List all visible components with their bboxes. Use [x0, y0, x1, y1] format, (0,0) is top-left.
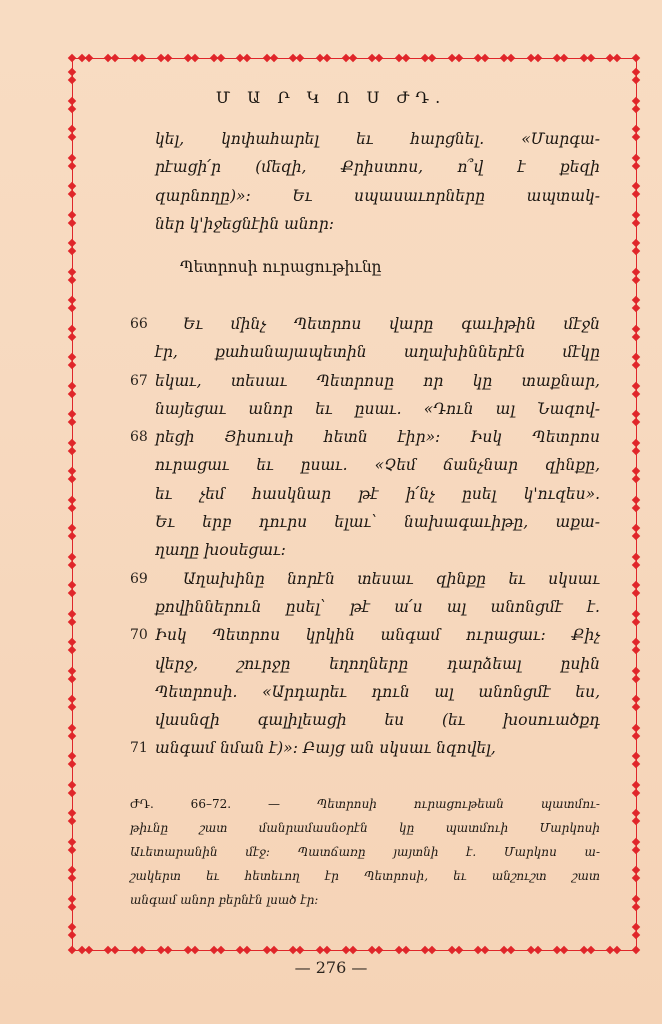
ornament-diamond-icon: [632, 503, 640, 511]
verse-line: նայեցաւ անոր եւ ըսաւ. «Դուն ալ Նազով-: [130, 395, 600, 423]
ornament-diamond-icon: [632, 532, 640, 540]
ornament-diamond-icon: [632, 218, 640, 226]
footnote-line: անգամ անոր բերնէն լսած էր:: [130, 888, 600, 912]
ornament-diamond-icon: [68, 874, 76, 882]
ornament-diamond-icon: [428, 54, 436, 62]
ornament-diamond-icon: [68, 788, 76, 796]
verse-text: քովիններուն ըսել՝ թէ ա՛ս ալ անոնցմէ է.: [155, 593, 600, 621]
ornament-diamond-icon: [68, 324, 76, 332]
ornament-diamond-icon: [68, 446, 76, 454]
ornament-diamond-icon: [68, 161, 76, 169]
ornament-diamond-icon: [632, 475, 640, 483]
ornament-diamond-icon: [632, 495, 640, 503]
ornament-diamond-icon: [68, 837, 76, 845]
ornament-diamond-icon: [632, 54, 640, 62]
verse-number: 70: [130, 621, 148, 649]
ornament-diamond-icon: [68, 617, 76, 625]
ornament-diamond-icon: [632, 381, 640, 389]
verse-text: եւ չեմ հասկնար թէ ի՛նչ ըսել կ'ուզես».: [155, 480, 600, 508]
verse-number: 67: [130, 367, 148, 395]
verse-number: 69: [130, 565, 148, 593]
page-number: — 276 —: [0, 958, 662, 977]
verse-text: Պետրոսի. «Արդարեւ դուն ալ անոնցմէ ես,: [155, 678, 600, 706]
ornament-diamond-icon: [632, 153, 640, 161]
ornament-diamond-icon: [68, 560, 76, 568]
ornament-diamond-icon: [217, 54, 225, 62]
ornament-diamond-icon: [632, 788, 640, 796]
ornament-diamond-icon: [138, 54, 146, 62]
ornament-diamond-icon: [68, 674, 76, 682]
ornament-diamond-icon: [632, 418, 640, 426]
ornament-diamond-icon: [632, 902, 640, 910]
verse-text-block: 66Եւ մինչ Պետրոս վարը գաւիթին մէջնէր, քա…: [130, 310, 600, 763]
ornament-diamond-icon: [68, 389, 76, 397]
ornament-diamond-icon: [322, 946, 330, 954]
ornament-diamond-icon: [111, 946, 119, 954]
verse-line: ուրացաւ եւ ըսաւ. «Չեմ ճանչնար զինքը,: [130, 451, 600, 479]
ornament-diamond-icon: [68, 589, 76, 597]
verse-line: 70Իսկ Պետրոս կրկին անգամ ուրացաւ: Քիչ: [130, 621, 600, 649]
verse-text: Եւ երբ դուրս ելաւ՝ նախագաւիթը, աքա-: [155, 508, 600, 536]
ornament-diamond-icon: [270, 54, 278, 62]
verse-text: նայեցաւ անոր եւ ըսաւ. «Դուն ալ Նազով-: [155, 395, 600, 423]
ornament-diamond-icon: [349, 54, 357, 62]
ornament-diamond-icon: [68, 646, 76, 654]
ornament-diamond-icon: [68, 666, 76, 674]
ornament-diamond-icon: [632, 946, 640, 954]
ornament-diamond-icon: [68, 894, 76, 902]
verse-text: Աղախինը նորէն տեսաւ զինքը եւ սկսաւ: [155, 565, 600, 593]
ornament-diamond-icon: [68, 76, 76, 84]
footnote: ԺԴ. 66–72. — Պետրոսի ուրացութեան պատմու-…: [130, 792, 600, 912]
footnote-reference: ԺԴ. 66–72. —: [130, 797, 280, 811]
ornament-diamond-icon: [270, 946, 278, 954]
ornament-diamond-icon: [632, 76, 640, 84]
ornament-diamond-icon: [402, 54, 410, 62]
footnote-line: Աւետարանին մէջ: Պատճառը յայտնի է. Մարկոս…: [130, 840, 600, 864]
ornament-diamond-icon: [68, 817, 76, 825]
ornament-diamond-icon: [632, 931, 640, 939]
ornament-diamond-icon: [349, 946, 357, 954]
footnote-line: շակերտ եւ հետեւող էր Պետրոսի, եւ անշուշտ…: [130, 864, 600, 888]
ornament-diamond-icon: [586, 54, 594, 62]
ornament-diamond-icon: [68, 267, 76, 275]
ornament-diamond-icon: [217, 946, 225, 954]
ornament-diamond-icon: [68, 532, 76, 540]
ornament-diamond-icon: [190, 946, 198, 954]
ornament-diamond-icon: [632, 894, 640, 902]
ornament-diamond-icon: [322, 54, 330, 62]
ornament-diamond-icon: [68, 418, 76, 426]
ornament-diamond-icon: [68, 275, 76, 283]
ornament-diamond-icon: [632, 617, 640, 625]
verse-line: Եւ երբ դուրս ելաւ՝ նախագաւիթը, աքա-: [130, 508, 600, 536]
ornament-diamond-icon: [632, 589, 640, 597]
ornament-diamond-icon: [632, 845, 640, 853]
verse-text: եկաւ, տեսաւ Պետրոսը որ կը տաքնար,: [155, 367, 600, 395]
ornament-diamond-icon: [68, 332, 76, 340]
ornament-diamond-icon: [164, 54, 172, 62]
text-line: րէացի՛ր (մեզի, Քրիստոս, ո՞վ է քեզի: [130, 153, 600, 181]
ornament-diamond-icon: [454, 946, 462, 954]
footnote-line: թիւնը շատ մանրամասնօրէն կը պատմուի Մարկո…: [130, 816, 600, 840]
ornament-diamond-icon: [632, 674, 640, 682]
ornament-diamond-icon: [68, 780, 76, 788]
ornament-diamond-icon: [632, 666, 640, 674]
ornament-diamond-icon: [560, 54, 568, 62]
ornament-diamond-icon: [534, 946, 542, 954]
verse-line: 67եկաւ, տեսաւ Պետրոսը որ կը տաքնար,: [130, 367, 600, 395]
ornament-diamond-icon: [632, 324, 640, 332]
verse-text: անգամ նման է)»: Բայց ան սկսաւ նզովել,: [155, 734, 600, 762]
ornament-diamond-icon: [632, 817, 640, 825]
ornament-diamond-icon: [632, 438, 640, 446]
ornament-diamond-icon: [68, 361, 76, 369]
ornament-diamond-icon: [454, 54, 462, 62]
ornament-diamond-icon: [190, 54, 198, 62]
ornament-diamond-icon: [632, 837, 640, 845]
ornament-diamond-icon: [613, 54, 621, 62]
ornament-diamond-icon: [632, 874, 640, 882]
text-line: զարնողը)»: Եւ սպասաւորները ապտակ-: [130, 182, 600, 210]
continuation-paragraph: կել, կոփահարել եւ հարցնել. «Մարգա- րէացի…: [130, 125, 600, 238]
ornament-diamond-icon: [481, 54, 489, 62]
ornament-diamond-icon: [534, 54, 542, 62]
ornament-diamond-icon: [68, 475, 76, 483]
verse-text: ուրացաւ եւ ըսաւ. «Չեմ ճանչնար զինքը,: [155, 451, 600, 479]
ornament-diamond-icon: [507, 54, 515, 62]
ornament-diamond-icon: [613, 946, 621, 954]
ornament-diamond-icon: [243, 54, 251, 62]
ornament-diamond-icon: [68, 304, 76, 312]
verse-line: քովիններուն ըսել՝ թէ ա՛ս ալ անոնցմէ է.: [130, 593, 600, 621]
ornament-diamond-icon: [68, 946, 76, 954]
ornament-diamond-icon: [632, 210, 640, 218]
verse-line: եւ չեմ հասկնար թէ ի՛նչ ըսել կ'ուզես».: [130, 480, 600, 508]
ornament-diamond-icon: [68, 760, 76, 768]
ornament-diamond-icon: [68, 902, 76, 910]
ornament-diamond-icon: [632, 267, 640, 275]
text-line: ներ կ'իջեցնէին անոր:: [130, 210, 600, 238]
ornament-diamond-icon: [632, 190, 640, 198]
ornament-diamond-icon: [481, 946, 489, 954]
ornament-diamond-icon: [632, 332, 640, 340]
footnote-line: ԺԴ. 66–72. — Պետրոսի ուրացութեան պատմու-: [130, 792, 600, 816]
ornament-diamond-icon: [68, 703, 76, 711]
verse-line: 66Եւ մինչ Պետրոս վարը գաւիթին մէջն: [130, 310, 600, 338]
ornament-diamond-icon: [632, 389, 640, 397]
ornament-diamond-icon: [85, 54, 93, 62]
verse-number: 71: [130, 734, 148, 762]
verse-text: վերջ, շուրջը եղողները դարձեալ ըսին: [155, 650, 600, 678]
ornament-diamond-icon: [68, 495, 76, 503]
ornament-diamond-icon: [68, 190, 76, 198]
ornament-diamond-icon: [68, 723, 76, 731]
ornament-diamond-icon: [632, 731, 640, 739]
ornament-diamond-icon: [632, 304, 640, 312]
verse-line: 68րեցի Յիսուսի հետն էիր»: Իսկ Պետրոս: [130, 423, 600, 451]
ornament-diamond-icon: [138, 946, 146, 954]
verse-line: 71անգամ նման է)»: Բայց ան սկսաւ նզովել,: [130, 734, 600, 762]
ornament-diamond-icon: [68, 153, 76, 161]
ornament-diamond-icon: [632, 760, 640, 768]
ornament-diamond-icon: [68, 845, 76, 853]
ornament-diamond-icon: [632, 361, 640, 369]
ornament-diamond-icon: [164, 946, 172, 954]
ornament-diamond-icon: [632, 247, 640, 255]
verse-number: 68: [130, 423, 148, 451]
ornament-diamond-icon: [632, 646, 640, 654]
ornament-diamond-icon: [296, 946, 304, 954]
verse-line: 69Աղախինը նորէն տեսաւ զինքը եւ սկսաւ: [130, 565, 600, 593]
verse-text: էր, քահանայապետին աղախիններէն մէկը: [155, 338, 600, 366]
verse-text: րեցի Յիսուսի հետն էիր»: Իսկ Պետրոս: [155, 423, 600, 451]
ornament-diamond-icon: [632, 703, 640, 711]
ornament-diamond-icon: [68, 247, 76, 255]
ornament-diamond-icon: [68, 931, 76, 939]
ornament-diamond-icon: [68, 731, 76, 739]
ornament-diamond-icon: [375, 54, 383, 62]
verse-line: էր, քահանայապետին աղախիններէն մէկը: [130, 338, 600, 366]
ornament-diamond-icon: [632, 275, 640, 283]
ornament-diamond-icon: [375, 946, 383, 954]
verse-number: 66: [130, 310, 148, 338]
ornament-diamond-icon: [296, 54, 304, 62]
verse-line: Պետրոսի. «Արդարեւ դուն ալ անոնցմէ ես,: [130, 678, 600, 706]
verse-text: Իսկ Պետրոս կրկին անգամ ուրացաւ: Քիչ: [155, 621, 600, 649]
ornament-diamond-icon: [632, 446, 640, 454]
ornament-diamond-icon: [632, 560, 640, 568]
ornament-diamond-icon: [68, 503, 76, 511]
text-line: կել, կոփահարել եւ հարցնել. «Մարգա-: [130, 125, 600, 153]
ornament-diamond-icon: [632, 723, 640, 731]
ornament-diamond-icon: [68, 438, 76, 446]
verse-text: Եւ մինչ Պետրոս վարը գաւիթին մէջն: [155, 310, 600, 338]
verse-line: ղաղը խօսեցաւ:: [130, 536, 600, 564]
ornament-diamond-icon: [68, 552, 76, 560]
ornament-diamond-icon: [68, 381, 76, 389]
ornament-diamond-icon: [68, 133, 76, 141]
ornament-diamond-icon: [428, 946, 436, 954]
ornament-diamond-icon: [507, 946, 515, 954]
ornament-diamond-icon: [632, 161, 640, 169]
ornament-diamond-icon: [111, 54, 119, 62]
ornament-diamond-icon: [68, 54, 76, 62]
section-heading: Պետրոսի ուրացութիւնը: [180, 258, 382, 276]
ornament-diamond-icon: [632, 133, 640, 141]
ornament-diamond-icon: [243, 946, 251, 954]
running-title: Մ Ա Ր Կ Ո Ս ԺԴ.: [0, 88, 662, 107]
verse-text: ղաղը խօսեցաւ:: [155, 536, 600, 564]
ornament-diamond-icon: [632, 780, 640, 788]
ornament-diamond-icon: [632, 552, 640, 560]
ornament-diamond-icon: [632, 609, 640, 617]
verse-text: վասնզի գալիլեացի ես (եւ խօսուածքդ: [155, 706, 600, 734]
ornament-diamond-icon: [68, 609, 76, 617]
ornament-diamond-icon: [586, 946, 594, 954]
verse-line: վասնզի գալիլեացի ես (եւ խօսուածքդ: [130, 706, 600, 734]
ornament-diamond-icon: [68, 218, 76, 226]
ornament-diamond-icon: [68, 210, 76, 218]
ornament-diamond-icon: [402, 946, 410, 954]
ornament-diamond-icon: [85, 946, 93, 954]
verse-line: վերջ, շուրջը եղողները դարձեալ ըսին: [130, 650, 600, 678]
ornament-diamond-icon: [560, 946, 568, 954]
